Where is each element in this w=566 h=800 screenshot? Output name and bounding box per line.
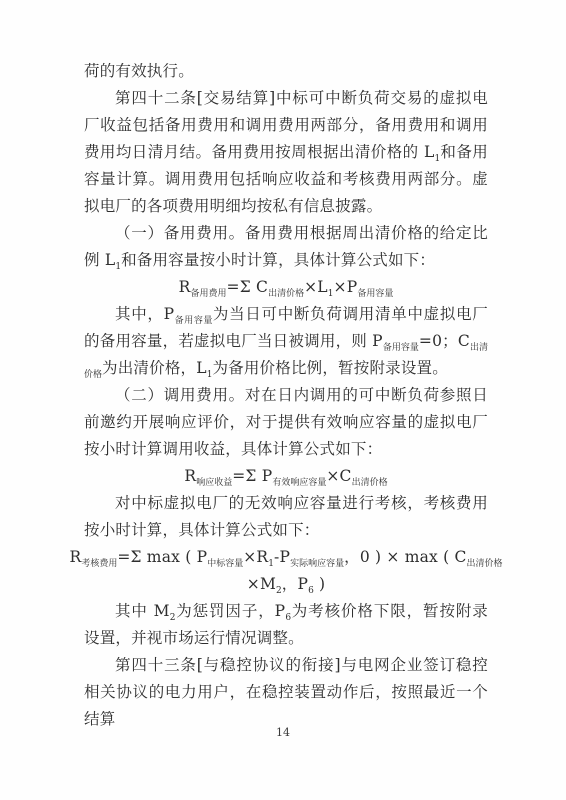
formula-assessment-fee: R考核费用=Σ max ( P中标容量×R1-P实际响应容量，0 ) × max… — [66, 544, 506, 598]
document-page: 荷的有效执行。 第四十二条[交易结算]中标可中断负荷交易的虚拟电厂收益包括备用费… — [0, 0, 566, 800]
para-article-42: 第四十二条[交易结算]中标可中断负荷交易的虚拟电厂收益包括备用费用和调用费用两部… — [84, 85, 488, 220]
para-reserve-fee-explain: 其中，P备用容量为当日可中断负荷调用清单中虚拟电厂的备用容量，若虚拟电厂当日被调… — [84, 301, 488, 382]
para-item-2-dispatch-fee: （二）调用费用。对在日内调用的可中断负荷参照日前邀约开展响应评价，对于提供有效响… — [84, 382, 488, 463]
formula-reserve-fee: R备用费用=Σ C出清价格×L1×P备用容量 — [84, 274, 488, 301]
page-number: 14 — [0, 726, 566, 739]
formula-response-income: R响应收益=Σ P有效响应容量×C出清价格 — [84, 463, 488, 490]
para-assessment-intro: 对中标虚拟电厂的无效响应容量进行考核，考核费用按小时计算，具体计算公式如下： — [84, 490, 488, 544]
para-continuation: 荷的有效执行。 — [84, 58, 488, 85]
para-article-43: 第四十三条[与稳控协议的衔接]与电网企业签订稳控相关协议的电力用户，在稳控装置动… — [84, 652, 488, 733]
para-assessment-explain: 其中 M2为惩罚因子，P6为考核价格下限，暂按附录设置，并视市场运行情况调整。 — [84, 598, 488, 652]
content-area: 荷的有效执行。 第四十二条[交易结算]中标可中断负荷交易的虚拟电厂收益包括备用费… — [84, 58, 488, 733]
para-item-1-reserve-fee: （一）备用费用。备用费用根据周出清价格的给定比例 L1和备用容量按小时计算，具体… — [84, 220, 488, 274]
